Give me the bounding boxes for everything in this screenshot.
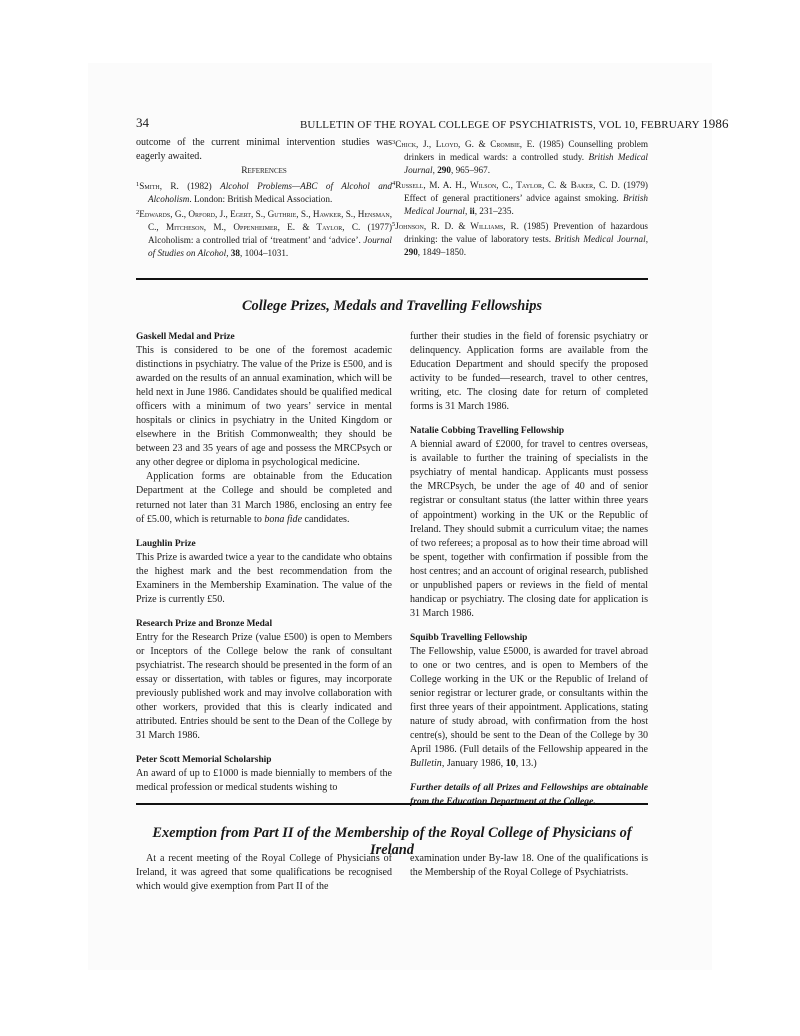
prizes-left-column: Gaskell Medal and Prize This is consider… <box>136 330 392 795</box>
prizes-right-column: further their studies in the field of fo… <box>410 330 648 809</box>
exemption-right-column: examination under By-law 18. One of the … <box>410 852 648 880</box>
squibb-body: The Fellowship, value £5000, is awarded … <box>410 645 648 771</box>
exemption-body-col1: At a recent meeting of the Royal College… <box>136 852 392 894</box>
natalie-cobbing-body: A biennial award of £2000, for travel to… <box>410 438 648 621</box>
gaskell-paragraph-1: This is considered to be one of the fore… <box>136 344 392 470</box>
running-head: BULLETIN OF THE ROYAL COLLEGE OF PSYCHIA… <box>300 116 729 132</box>
peter-scott-heading: Peter Scott Memorial Scholarship <box>136 753 392 767</box>
gaskell-paragraph-2: Application forms are obtainable from th… <box>136 470 392 526</box>
research-body: Entry for the Research Prize (value £500… <box>136 631 392 743</box>
laughlin-body: This Prize is awarded twice a year to th… <box>136 551 392 607</box>
reference-3: 3Chick, J., Lloyd, G. & Crombie, E. (198… <box>392 136 648 177</box>
reference-2: 2Edwards, G., Orford, J., Egert, S., Gut… <box>136 206 392 260</box>
top-right-column: 3Chick, J., Lloyd, G. & Crombie, E. (198… <box>392 136 648 259</box>
peter-scott-body: An award of up to £1000 is made biennial… <box>136 767 392 795</box>
continuation-text: outcome of the current minimal intervent… <box>136 136 392 164</box>
squibb-heading: Squibb Travelling Fellowship <box>410 631 648 645</box>
top-left-column: outcome of the current minimal intervent… <box>136 136 392 260</box>
page-number: 34 <box>136 115 149 131</box>
exemption-body-col2: examination under By-law 18. One of the … <box>410 852 648 880</box>
gaskell-heading: Gaskell Medal and Prize <box>136 330 392 344</box>
prizes-section-title: College Prizes, Medals and Travelling Fe… <box>136 298 648 315</box>
section-divider-2 <box>136 803 648 805</box>
references-heading: References <box>136 164 392 178</box>
running-head-year: 1986 <box>702 116 728 131</box>
exemption-left-column: At a recent meeting of the Royal College… <box>136 852 392 894</box>
peter-scott-continued: further their studies in the field of fo… <box>410 330 648 414</box>
section-divider <box>136 278 648 280</box>
reference-1: 1Smith, R. (1982) Alcohol Problems—ABC o… <box>136 178 392 206</box>
running-head-text: BULLETIN OF THE ROYAL COLLEGE OF PSYCHIA… <box>300 119 699 131</box>
laughlin-heading: Laughlin Prize <box>136 537 392 551</box>
reference-4: 4Russell, M. A. H., Wilson, C., Taylor, … <box>392 177 648 218</box>
further-details-note: Further details of all Prizes and Fellow… <box>410 781 648 809</box>
natalie-cobbing-heading: Natalie Cobbing Travelling Fellowship <box>410 424 648 438</box>
reference-5: 5Johnson, R. D. & Williams, R. (1985) Pr… <box>392 218 648 259</box>
research-heading: Research Prize and Bronze Medal <box>136 617 392 631</box>
